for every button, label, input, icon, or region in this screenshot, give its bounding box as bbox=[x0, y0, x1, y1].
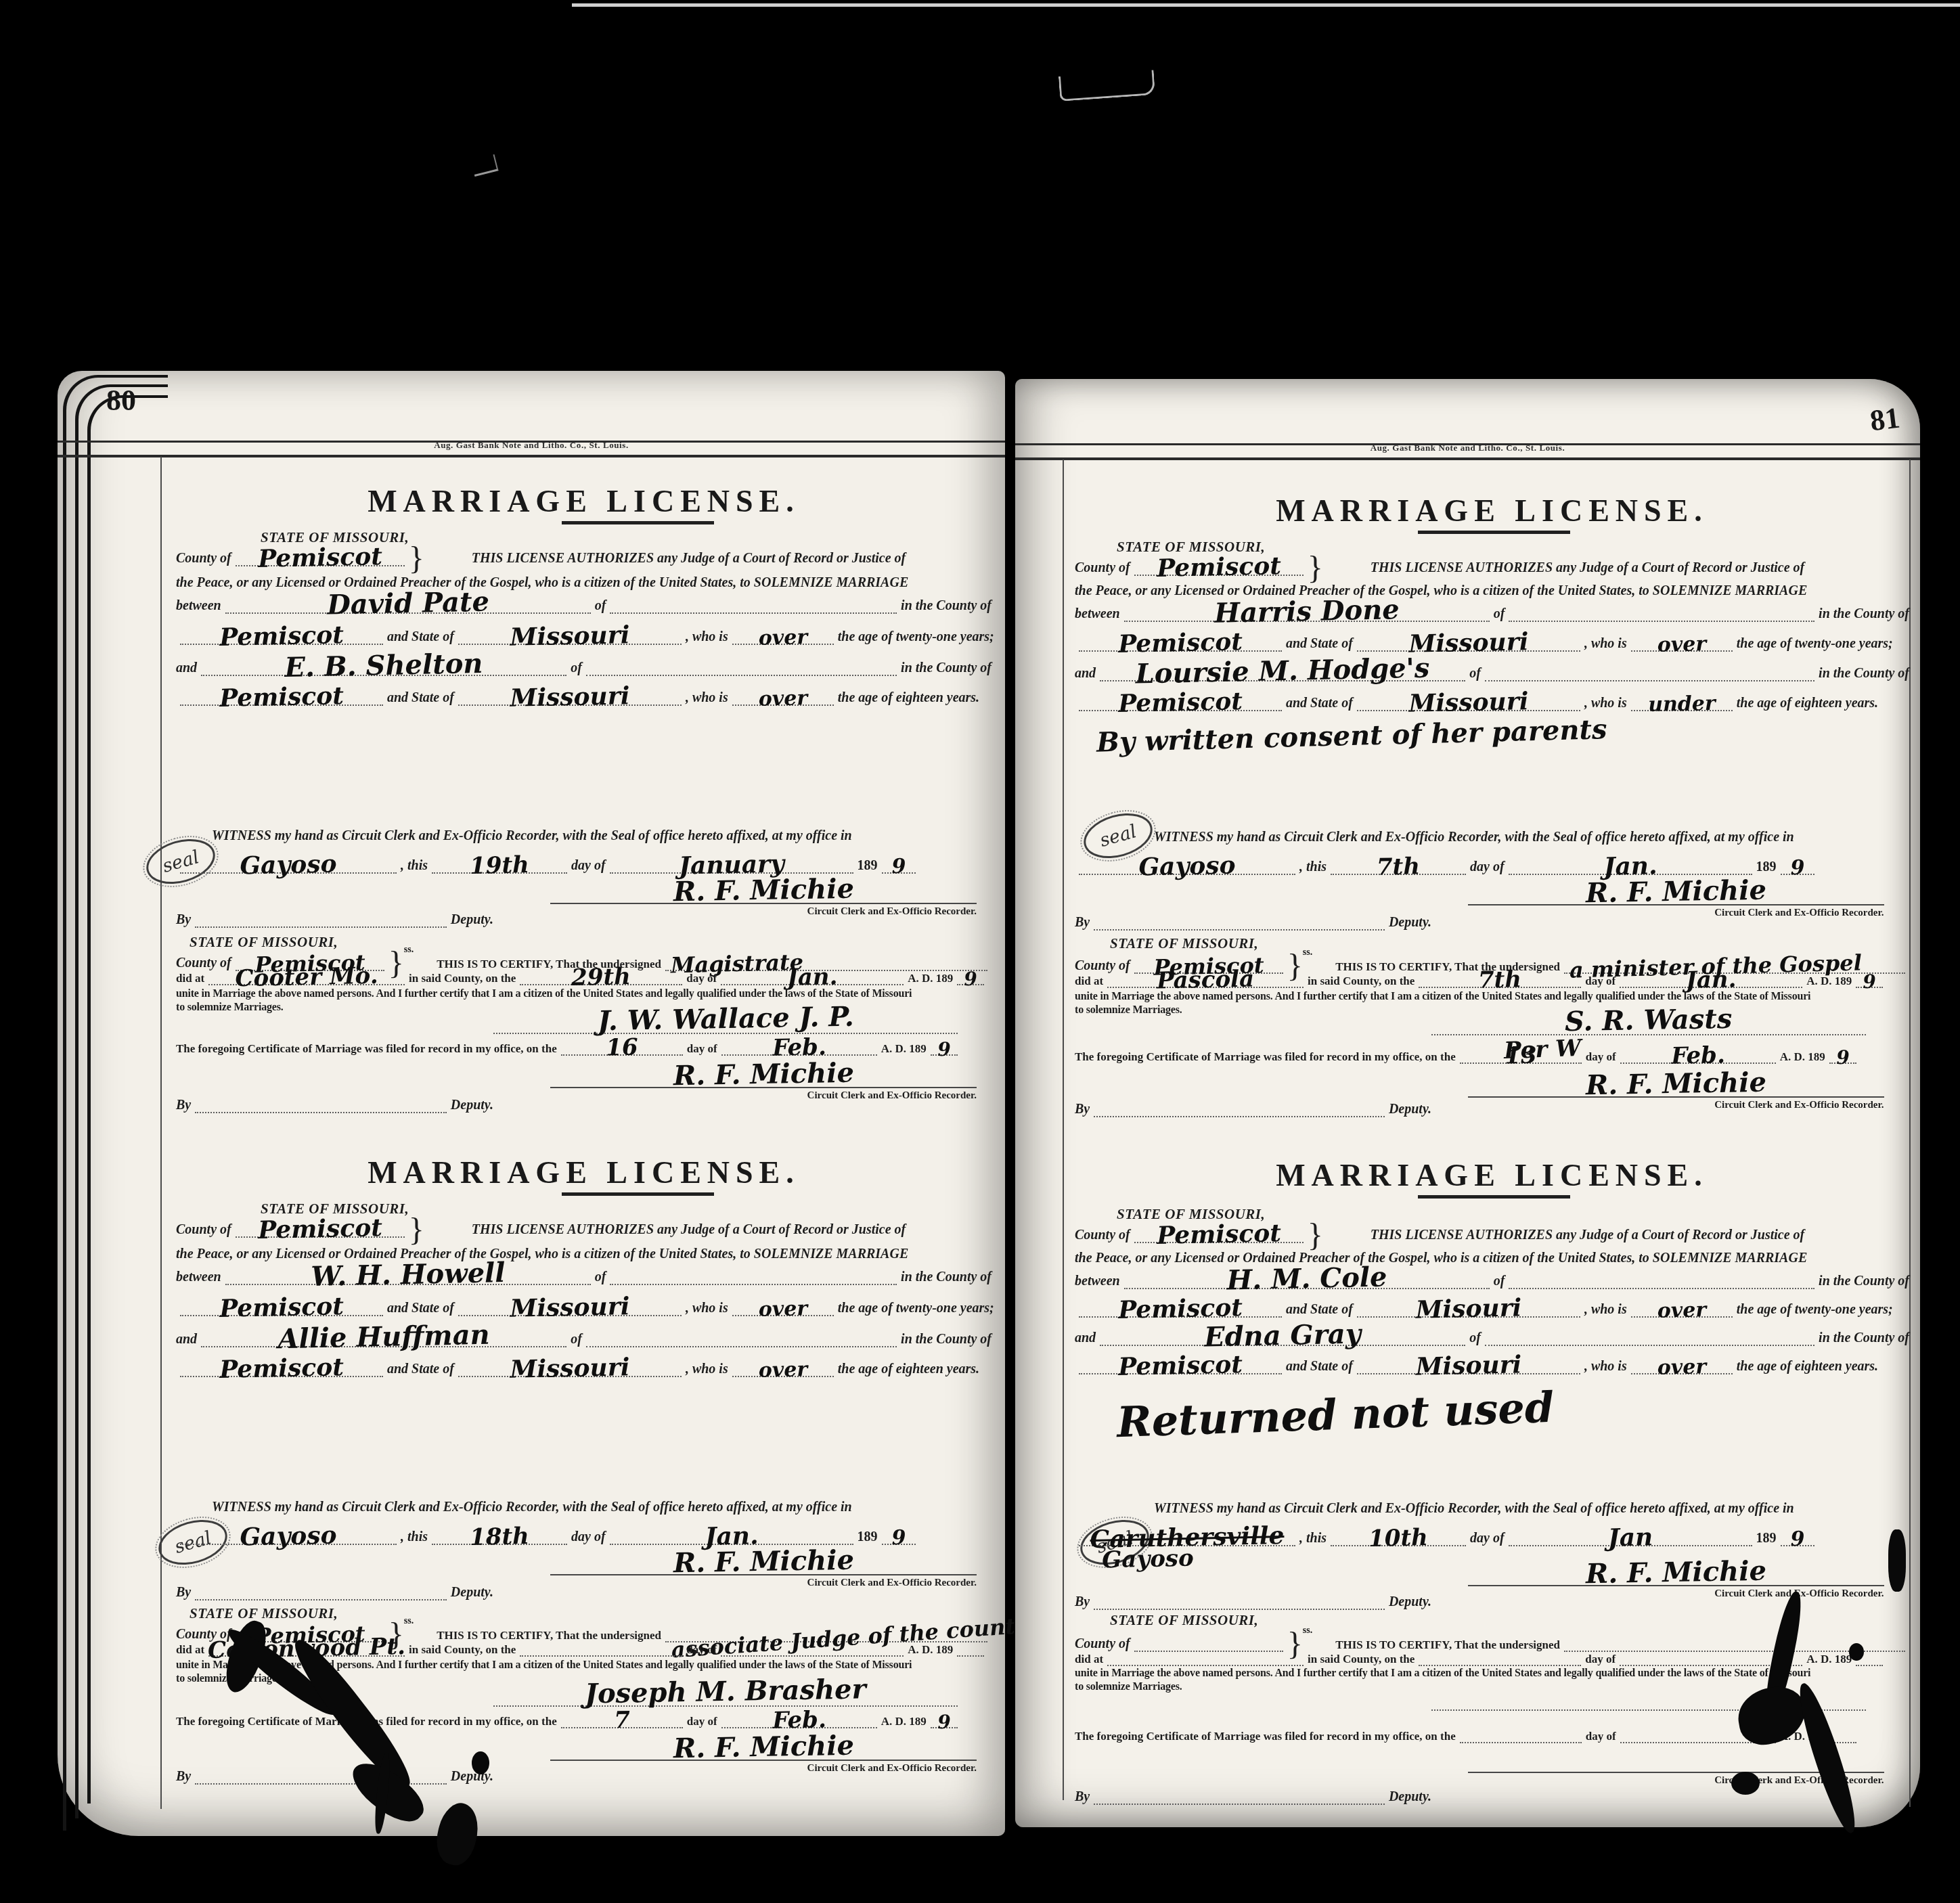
groom-county: Pemiscot bbox=[1118, 1295, 1243, 1322]
marriage-place-field bbox=[1107, 1655, 1304, 1666]
filed-day-field: 7 bbox=[561, 1718, 683, 1728]
of-label: of bbox=[1494, 1274, 1505, 1289]
filed-day: 7 bbox=[614, 1709, 630, 1732]
deputy-label: Deputy. bbox=[451, 1585, 493, 1600]
ad-label: A. D. 189 bbox=[881, 1715, 927, 1728]
day-of-label: day of bbox=[687, 1715, 717, 1728]
witness-row: WITNESS my hand as Circuit Clerk and Ex-… bbox=[212, 1500, 992, 1515]
marriage-year-field bbox=[957, 1646, 984, 1657]
witness-day-field: 10th bbox=[1331, 1536, 1466, 1546]
witness-place-corrected: Gayoso bbox=[1102, 1547, 1194, 1572]
bride-age-word: over bbox=[758, 1360, 807, 1381]
ss-label: ss. bbox=[404, 1616, 414, 1627]
deputy-row: By Deputy. bbox=[1075, 1594, 1431, 1610]
who-is-label: , who is bbox=[1584, 1302, 1627, 1318]
witness-date-row: Gayoso , this 18th day of Jan. 189 9 bbox=[176, 1529, 992, 1545]
bride-age-word: over bbox=[1657, 1357, 1706, 1379]
filed-year-field: 9 bbox=[931, 1718, 958, 1728]
scan-artifact-topline bbox=[572, 3, 1960, 7]
filed-year-digit: 9 bbox=[937, 1713, 951, 1732]
groom-state: Misouri bbox=[1415, 1295, 1521, 1322]
groom-row: between W. H. Howell of in the County of bbox=[176, 1270, 992, 1285]
clerk-signature-block: R. F. Michie Circuit Clerk and Ex-Offici… bbox=[1468, 1559, 1884, 1600]
certify-county-field bbox=[1134, 1641, 1283, 1652]
between-label: between bbox=[1075, 1274, 1120, 1289]
form-title: MARRIAGE LICENSE. bbox=[176, 1155, 992, 1190]
county-license-row: County of Pemiscot } THIS LICENSE AUTHOR… bbox=[1075, 1222, 1909, 1243]
day-of-label: day of bbox=[1586, 1730, 1616, 1743]
witness-year-field: 9 bbox=[1781, 1536, 1814, 1546]
deputy-field bbox=[1094, 1794, 1385, 1805]
filed-text: The foregoing Certificate of Marriage wa… bbox=[1075, 1730, 1456, 1743]
clerk-signature: R. F. Michie bbox=[1585, 1558, 1766, 1588]
officiant-title-field: associate Judge of the county Court bbox=[665, 1632, 987, 1642]
in-county-of-label: in the County of bbox=[1819, 1330, 1909, 1346]
bride-name: Allie Huffman bbox=[277, 1322, 490, 1353]
groom-residence-field bbox=[610, 1274, 897, 1285]
brace: } bbox=[409, 1219, 424, 1240]
witness-place-field: Caruthersville Gayoso bbox=[1079, 1536, 1295, 1546]
bride-county-row: Pemiscot and State of Missouri , who is … bbox=[176, 1362, 992, 1377]
bride-county: Pemiscot bbox=[219, 1355, 344, 1382]
witness-text: WITNESS my hand as Circuit Clerk and Ex-… bbox=[212, 1500, 852, 1515]
county-value: Pemiscot bbox=[1157, 1221, 1281, 1248]
bride-age-field: over bbox=[1631, 1364, 1733, 1374]
book-page-81: 81 Aug. Gast Bank Note and Litho. Co., S… bbox=[1015, 379, 1920, 1827]
ink-blot bbox=[1731, 1772, 1760, 1795]
groom-county-field: Pemiscot bbox=[180, 1305, 383, 1316]
witness-month: Jan bbox=[1607, 1525, 1653, 1550]
in-county-of-label: in the County of bbox=[1819, 1274, 1909, 1289]
age-21-label: the age of twenty-one years; bbox=[1737, 1302, 1893, 1318]
bride-residence-field bbox=[1485, 1335, 1814, 1346]
brace: } bbox=[1287, 1634, 1303, 1655]
age-18-label: the age of eighteen years. bbox=[1737, 1359, 1878, 1374]
between-label: between bbox=[176, 1270, 221, 1285]
bride-age-field: over bbox=[732, 1366, 834, 1377]
marriage-license-form-b: MARRIAGE LICENSE. STATE OF MISSOURI, Cou… bbox=[58, 371, 1005, 1836]
witness-year-field: 9 bbox=[882, 1534, 916, 1545]
ss-label: ss. bbox=[1303, 1626, 1312, 1636]
groom-age-word: over bbox=[758, 1299, 807, 1320]
form-title: MARRIAGE LICENSE. bbox=[1075, 1157, 1909, 1193]
of-label: of bbox=[595, 1270, 606, 1285]
in-said-county-label: in said County, on the bbox=[409, 1643, 516, 1657]
day-of-label: day of bbox=[1470, 1531, 1505, 1546]
did-at-label: did at bbox=[176, 1643, 204, 1657]
and-state-of-label: and State of bbox=[387, 1301, 454, 1316]
year-printed: 189 bbox=[857, 1529, 878, 1545]
ad-label: A. D. 189 bbox=[1806, 1653, 1852, 1666]
and-state-of-label: and State of bbox=[1286, 1302, 1353, 1318]
license-authorizes-text: THIS LICENSE AUTHORIZES any Judge of a C… bbox=[1371, 1228, 1805, 1243]
marriage-license-form-d: MARRIAGE LICENSE. STATE OF MISSOURI, Cou… bbox=[1015, 379, 1920, 1827]
groom-name-field: W. H. Howell bbox=[225, 1274, 591, 1285]
by-label: By bbox=[1075, 1594, 1090, 1610]
bride-name: Edna Gray bbox=[1204, 1321, 1362, 1351]
clerk-signature: R. F. Michie bbox=[673, 1547, 854, 1577]
age-21-label: the age of twenty-one years; bbox=[838, 1301, 994, 1316]
scan-artifact-squiggle bbox=[1059, 70, 1155, 102]
county-of-label: County of bbox=[1075, 1228, 1130, 1243]
peace-text: the Peace, or any Licensed or Ordained P… bbox=[176, 1247, 908, 1262]
groom-state-field: Missouri bbox=[458, 1305, 682, 1316]
and-label: and bbox=[176, 1332, 197, 1347]
groom-county-row: Pemiscot and State of Misouri , who is o… bbox=[1075, 1302, 1909, 1318]
title-rule bbox=[1418, 1195, 1570, 1199]
and-label: and bbox=[1075, 1330, 1096, 1346]
state-of-missouri: STATE OF MISSOURI, bbox=[190, 1605, 338, 1622]
county-value: Pemiscot bbox=[258, 1215, 382, 1242]
filed-clerk-signature-block: R. F. Michie Circuit Clerk and Ex-Offici… bbox=[550, 1734, 977, 1774]
bride-row: and Allie Huffman of in the County of bbox=[176, 1332, 992, 1347]
ink-blot bbox=[1849, 1643, 1864, 1661]
bride-row: and Edna Gray of in the County of bbox=[1075, 1330, 1909, 1346]
in-county-of-label: in the County of bbox=[901, 1270, 992, 1285]
state-of-missouri: STATE OF MISSOURI, bbox=[1110, 1612, 1258, 1629]
county-field: Pemiscot bbox=[236, 1227, 405, 1238]
witness-place-field: Gayoso bbox=[180, 1534, 397, 1545]
returned-note-text: Returned not used bbox=[1116, 1387, 1555, 1444]
bride-state-field: Missouri bbox=[458, 1366, 682, 1377]
witness-place: Gayoso bbox=[240, 1523, 337, 1550]
clerk-signature-block: R. F. Michie Circuit Clerk and Ex-Offici… bbox=[550, 1548, 977, 1589]
solemnize-text: to solemnize Marriages. bbox=[1075, 1681, 1182, 1693]
groom-county: Pemiscot bbox=[219, 1294, 344, 1321]
bride-county-row: Pemiscot and State of Misouri , who is o… bbox=[1075, 1359, 1909, 1374]
day-of-label: day of bbox=[1585, 1653, 1616, 1666]
witness-year-digit: 9 bbox=[1790, 1529, 1804, 1550]
groom-name: W. H. Howell bbox=[311, 1259, 506, 1291]
groom-row: between H. M. Cole of in the County of bbox=[1075, 1274, 1909, 1289]
peace-text: the Peace, or any Licensed or Ordained P… bbox=[1075, 1251, 1807, 1266]
scan-artifact-check bbox=[471, 154, 499, 177]
deputy-row: By Deputy. bbox=[176, 1769, 493, 1785]
county-field: Pemiscot bbox=[1134, 1232, 1304, 1243]
groom-name: H. M. Cole bbox=[1226, 1264, 1387, 1295]
witness-day-field: 18th bbox=[432, 1534, 567, 1545]
ink-blot bbox=[1888, 1529, 1906, 1592]
who-is-label: , who is bbox=[1584, 1359, 1627, 1374]
groom-state: Missouri bbox=[510, 1294, 630, 1321]
groom-county-row: Pemiscot and State of Missouri , who is … bbox=[176, 1301, 992, 1316]
returned-note: Returned not used bbox=[1117, 1394, 1554, 1436]
ad-label: A. D. 189 bbox=[908, 1643, 953, 1657]
witness-day: 10th bbox=[1368, 1526, 1428, 1550]
filed-day-field bbox=[1460, 1732, 1582, 1743]
deputy-row: By Deputy. bbox=[1075, 1789, 1431, 1805]
did-at-label: did at bbox=[1075, 1653, 1103, 1666]
officiant-signature-block: Joseph M. Brasher bbox=[493, 1678, 958, 1707]
bride-name-field: Allie Huffman bbox=[201, 1337, 566, 1347]
brace: } bbox=[1308, 1225, 1323, 1246]
who-is-label: , who is bbox=[686, 1362, 728, 1377]
bride-residence-field bbox=[586, 1337, 897, 1347]
bride-state-field: Misouri bbox=[1357, 1364, 1580, 1374]
witness-day: 18th bbox=[470, 1525, 529, 1549]
certify-text: THIS IS TO CERTIFY, That the undersigned bbox=[1335, 1638, 1560, 1652]
groom-age-word: over bbox=[1657, 1300, 1706, 1322]
witness-text: WITNESS my hand as Circuit Clerk and Ex-… bbox=[1154, 1501, 1794, 1517]
witness-month-field: Jan. bbox=[610, 1534, 853, 1545]
county-of-label: County of bbox=[1075, 1636, 1130, 1652]
witness-date-row: Caruthersville Gayoso , this 10th day of… bbox=[1075, 1531, 1909, 1546]
groom-state-field: Misouri bbox=[1357, 1307, 1580, 1318]
book-page-80: 80 Aug. Gast Bank Note and Litho. Co., S… bbox=[58, 371, 1005, 1836]
in-county-of-label: in the County of bbox=[901, 1332, 992, 1347]
groom-age-field: over bbox=[1631, 1307, 1733, 1318]
county-of-label: County of bbox=[176, 1222, 231, 1238]
deputy-label: Deputy. bbox=[451, 1769, 493, 1785]
this-label: , this bbox=[1299, 1531, 1327, 1546]
ink-blot bbox=[472, 1751, 489, 1774]
ink-blot bbox=[430, 1799, 485, 1869]
bride-state: Misouri bbox=[1415, 1352, 1521, 1379]
filed-row: The foregoing Certificate of Marriage wa… bbox=[176, 1715, 992, 1728]
marriage-day-field bbox=[1419, 1655, 1581, 1666]
marriage-day-field bbox=[520, 1646, 682, 1657]
unite-text: unite in Marriage the above named person… bbox=[1075, 1667, 1810, 1680]
by-label: By bbox=[1075, 1789, 1090, 1805]
who-is-label: , who is bbox=[686, 1301, 728, 1316]
age-18-label: the age of eighteen years. bbox=[838, 1362, 979, 1377]
bride-county-field: Pemiscot bbox=[1079, 1364, 1282, 1374]
witness-row: WITNESS my hand as Circuit Clerk and Ex-… bbox=[1154, 1501, 1909, 1517]
witness-year-digit: 9 bbox=[891, 1528, 906, 1548]
of-label: of bbox=[571, 1332, 582, 1347]
filed-clerk-signature: R. F. Michie bbox=[673, 1732, 854, 1763]
bride-county: Pemiscot bbox=[1118, 1352, 1243, 1379]
day-of-label: day of bbox=[686, 1643, 717, 1657]
peace-row: the Peace, or any Licensed or Ordained P… bbox=[1075, 1251, 1909, 1266]
and-state-of-label: and State of bbox=[1286, 1359, 1353, 1374]
groom-residence-field bbox=[1509, 1278, 1814, 1289]
deputy-field bbox=[1094, 1599, 1385, 1610]
certify-text: THIS IS TO CERTIFY, That the undersigned bbox=[437, 1629, 661, 1642]
groom-name-field: H. M. Cole bbox=[1124, 1278, 1490, 1289]
title-rule bbox=[562, 1192, 714, 1196]
bride-county-field: Pemiscot bbox=[180, 1366, 383, 1377]
marriage-month-field bbox=[721, 1646, 904, 1657]
deputy-row: By Deputy. bbox=[176, 1585, 493, 1600]
filed-month: Feb. bbox=[772, 1708, 826, 1732]
bride-name-field: Edna Gray bbox=[1100, 1335, 1465, 1346]
by-label: By bbox=[176, 1585, 191, 1600]
by-label: By bbox=[176, 1769, 191, 1785]
this-label: , this bbox=[401, 1529, 428, 1545]
witness-month: Jan. bbox=[705, 1523, 759, 1549]
of-label: of bbox=[1469, 1330, 1481, 1346]
county-license-row: County of Pemiscot } THIS LICENSE AUTHOR… bbox=[176, 1217, 992, 1238]
filed-month-field: Feb. bbox=[721, 1718, 877, 1728]
day-of-label: day of bbox=[571, 1529, 606, 1545]
groom-age-field: over bbox=[732, 1305, 834, 1316]
peace-row: the Peace, or any Licensed or Ordained P… bbox=[176, 1247, 992, 1262]
deputy-field bbox=[195, 1590, 447, 1600]
year-printed: 189 bbox=[1756, 1531, 1777, 1546]
and-state-of-label: and State of bbox=[387, 1362, 454, 1377]
in-said-county-label: in said County, on the bbox=[1308, 1653, 1415, 1666]
deputy-label: Deputy. bbox=[1389, 1789, 1431, 1805]
groom-county-field: Pemiscot bbox=[1079, 1307, 1282, 1318]
officiant-signature: Joseph M. Brasher bbox=[585, 1676, 866, 1707]
deputy-label: Deputy. bbox=[1389, 1594, 1431, 1610]
witness-month-field: Jan bbox=[1509, 1536, 1752, 1546]
bride-state: Missouri bbox=[510, 1355, 630, 1382]
license-authorizes-text: THIS LICENSE AUTHORIZES any Judge of a C… bbox=[472, 1222, 906, 1238]
